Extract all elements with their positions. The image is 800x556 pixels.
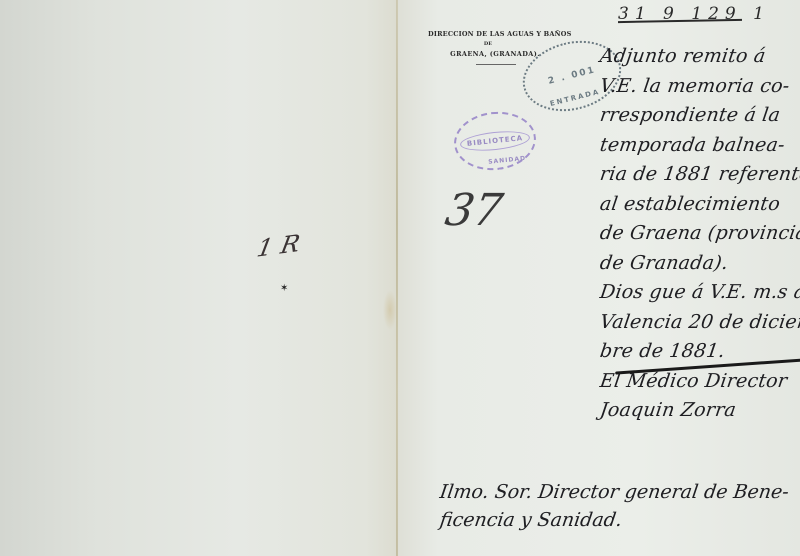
signature-name: Joaquin Zorra [598, 396, 800, 426]
body-line: V.E. la memoria co- [598, 72, 800, 102]
biblioteca-stamp-center: BIBLIOTECA [459, 128, 531, 153]
letterhead-rule [476, 64, 516, 65]
letterhead-line-1: DIRECCION DE LAS AGUAS Y BAÑOS [428, 30, 548, 38]
paper-stain [383, 290, 397, 330]
body-line: al establecimiento [598, 190, 800, 220]
body-line: temporada balnea- [598, 131, 800, 161]
folio-number: 37 [442, 185, 507, 236]
left-page [0, 0, 397, 556]
body-line: ria de 1881 referente [598, 160, 800, 190]
entrada-stamp-date: 2 . 001 [547, 65, 597, 86]
letterhead: DIRECCION DE LAS AGUAS Y BAÑOS DE GRAENA… [428, 30, 548, 65]
body-line: Dios gue á V.E. m.s a.s [598, 278, 800, 308]
page-fold-line [396, 0, 398, 556]
addressee-block: Ilmo. Sor. Director general de Bene- fic… [440, 478, 789, 534]
addressee-line: Ilmo. Sor. Director general de Bene- [438, 478, 791, 506]
addressee-line: ficencia y Sanidad. [438, 506, 791, 534]
body-line: de Graena (provincia [598, 219, 800, 249]
letterhead-line-2: DE [428, 41, 548, 47]
body-line: de Granada). [598, 249, 800, 279]
body-line: Adjunto remito á [598, 42, 800, 72]
left-page-dot: ✶ [280, 283, 288, 294]
letterhead-line-3: GRAENA, (GRANADA). [442, 50, 548, 58]
body-line: Valencia 20 de diciem- [598, 308, 800, 338]
body-line: rrespondiente á la [598, 101, 800, 131]
